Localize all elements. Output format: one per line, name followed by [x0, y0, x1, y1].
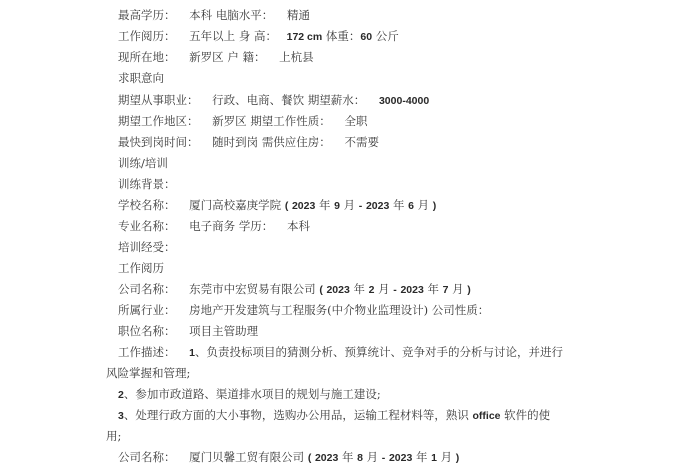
arrival-label: 最快到岗时间： — [118, 135, 199, 149]
education-row: 最高学历： 本科 电脑水平： 精通 — [118, 7, 310, 23]
training-heading: 训练/培训 — [118, 155, 168, 171]
industry-value: 房地产开发建筑与工程服务(中介物业监理设计) — [189, 303, 428, 317]
month-char: 月 — [452, 282, 464, 296]
paren-close: ) — [433, 200, 437, 212]
office-word: office — [473, 410, 501, 422]
location-row: 现所在地： 新罗区 户 籍： 上杭县 — [118, 49, 314, 65]
experience-label: 工作阅历： — [118, 29, 176, 43]
company2-row: 公司名称： 厦门贝馨工贸有限公司 ( 2023 年 8 月 - 2023 年 1… — [118, 449, 459, 466]
work-heading: 工作阅历 — [118, 260, 164, 276]
degree-label: 学历： — [239, 219, 274, 233]
description-row-3: 3、处理行政方面的大小事物，选购办公用品，运输工程材料等，熟识 office 软… — [118, 407, 550, 424]
occupation-row: 期望从事职业： 行政、电商、餐饮 期望薪水： 3000-4000 — [118, 92, 429, 109]
start-month: 2 — [369, 284, 375, 296]
major-value: 电子商务 — [189, 219, 235, 233]
hukou-label: 户 籍： — [227, 50, 265, 64]
hukou-value: 上杭县 — [279, 50, 314, 64]
start-year: 2023 — [326, 284, 349, 296]
nature-value: 全职 — [344, 114, 367, 128]
end-year: 2023 — [400, 284, 423, 296]
dash: - — [382, 452, 386, 464]
end-year: 2023 — [389, 452, 412, 464]
start-month: 9 — [334, 200, 340, 212]
company2-value: 厦门贝馨工贸有限公司 — [189, 450, 304, 464]
end-month: 6 — [408, 200, 414, 212]
position-value: 项目主管助理 — [189, 324, 258, 338]
paren-close: ) — [467, 284, 471, 296]
paren-close: ) — [456, 452, 460, 464]
month-char: 月 — [378, 282, 390, 296]
description-row-1-cont: 风险掌握和管理; — [106, 365, 190, 381]
resume-document: 最高学历： 本科 电脑水平： 精通 工作阅历： 五年以上 身 高： 172 cm… — [0, 0, 700, 470]
year-char: 年 — [393, 198, 405, 212]
month-char: 月 — [344, 198, 356, 212]
description-row-2: 2、参加市政道路、渠道排水项目的规划与施工建设; — [118, 386, 381, 403]
school-row: 学校名称： 厦门高校嘉庚学院 ( 2023 年 9 月 - 2023 年 6 月… — [118, 197, 436, 214]
month-char: 月 — [418, 198, 430, 212]
company2-label: 公司名称： — [118, 450, 176, 464]
paren-open: ( — [308, 452, 312, 464]
location-value: 新罗区 — [189, 50, 224, 64]
experience-value: 五年以上 — [189, 29, 235, 43]
training-background-label: 训练背景： — [118, 176, 176, 192]
salary-label: 期望薪水： — [308, 93, 366, 107]
area-row: 期望工作地区： 新罗区 期望工作性质： 全职 — [118, 113, 367, 129]
description-row-3-cont: 用; — [106, 428, 121, 444]
computer-value: 精通 — [287, 8, 310, 22]
height-value: 172 cm — [287, 31, 323, 43]
company1-row: 公司名称： 东莞市中宏贸易有限公司 ( 2023 年 2 月 - 2023 年 … — [118, 281, 471, 298]
company-nature-label: 公司性质： — [432, 303, 490, 317]
end-month: 7 — [443, 284, 449, 296]
industry-row: 所属行业： 房地产开发建筑与工程服务(中介物业监理设计) 公司性质： — [118, 302, 489, 318]
education-value: 本科 — [189, 8, 212, 22]
position-label: 职位名称： — [118, 324, 176, 338]
industry-label: 所属行业： — [118, 303, 176, 317]
end-month: 1 — [431, 452, 437, 464]
training-received-label: 培训经受： — [118, 239, 176, 255]
start-month: 8 — [357, 452, 363, 464]
school-value: 厦门高校嘉庚学院 — [189, 198, 281, 212]
description-text: 软件的使 — [504, 408, 550, 422]
start-year: 2023 — [292, 200, 315, 212]
month-char: 月 — [441, 450, 453, 464]
degree-value: 本科 — [287, 219, 310, 233]
intention-heading: 求职意向 — [118, 70, 164, 86]
year-char: 年 — [342, 450, 354, 464]
occupation-value: 行政、电商、餐饮 — [212, 93, 304, 107]
company1-label: 公司名称： — [118, 282, 176, 296]
dash: - — [393, 284, 397, 296]
computer-label: 电脑水平： — [216, 8, 274, 22]
weight-value: 60 — [360, 31, 372, 43]
start-year: 2023 — [315, 452, 338, 464]
description-text: 、参加市政道路、渠道排水项目的规划与施工建设; — [124, 387, 381, 401]
nature-label: 期望工作性质： — [250, 114, 331, 128]
paren-open: ( — [319, 284, 323, 296]
salary-value: 3000-4000 — [379, 95, 429, 107]
major-label: 专业名称： — [118, 219, 176, 233]
height-label: 身 高： — [239, 29, 277, 43]
weight-unit: 公斤 — [376, 29, 399, 43]
location-label: 现所在地： — [118, 50, 176, 64]
paren-open: ( — [285, 200, 289, 212]
description-text: 、处理行政方面的大小事物，选购办公用品，运输工程材料等，熟识 — [124, 408, 469, 422]
company1-value: 东莞市中宏贸易有限公司 — [189, 282, 316, 296]
dash: - — [359, 200, 363, 212]
description-text: 、负责投标项目的猜测分析、预算统计、竞争对手的分析与讨论，并进行 — [195, 345, 563, 359]
year-char: 年 — [427, 282, 439, 296]
description-label: 工作描述： — [118, 345, 176, 359]
end-year: 2023 — [366, 200, 389, 212]
housing-label: 需供应住房： — [262, 135, 331, 149]
occupation-label: 期望从事职业： — [118, 93, 199, 107]
major-row: 专业名称： 电子商务 学历： 本科 — [118, 218, 310, 234]
housing-value: 不需要 — [344, 135, 379, 149]
area-value: 新罗区 — [212, 114, 247, 128]
month-char: 月 — [367, 450, 379, 464]
year-char: 年 — [353, 282, 365, 296]
position-row: 职位名称： 项目主管助理 — [118, 323, 258, 339]
school-label: 学校名称： — [118, 198, 176, 212]
year-char: 年 — [319, 198, 331, 212]
year-char: 年 — [416, 450, 428, 464]
area-label: 期望工作地区： — [118, 114, 199, 128]
arrival-value: 随时到岗 — [212, 135, 258, 149]
weight-label: 体重： — [326, 29, 361, 43]
arrival-row: 最快到岗时间： 随时到岗 需供应住房： 不需要 — [118, 134, 379, 150]
experience-row: 工作阅历： 五年以上 身 高： 172 cm 体重：60 公斤 — [118, 28, 399, 45]
education-label: 最高学历： — [118, 8, 176, 22]
description-row-1: 工作描述： 1、负责投标项目的猜测分析、预算统计、竞争对手的分析与讨论，并进行 — [118, 344, 563, 361]
